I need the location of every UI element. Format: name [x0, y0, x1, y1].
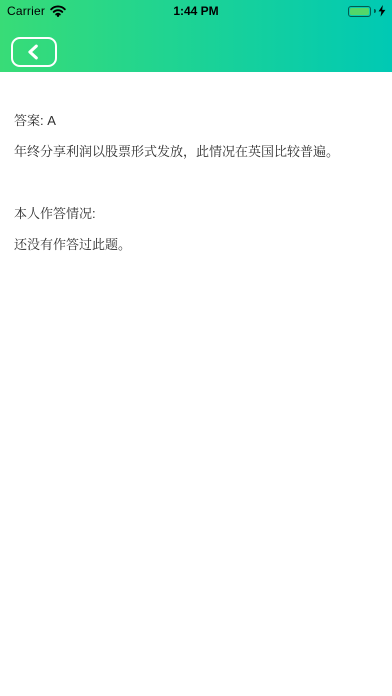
- header-bar: Carrier 1:44 PM: [0, 0, 392, 72]
- my-answer-status: 还没有作答过此题。: [14, 236, 378, 254]
- battery-cap: [374, 9, 376, 13]
- status-right: [348, 0, 386, 22]
- my-answer-label: 本人作答情况:: [14, 205, 378, 223]
- explanation-text: 年终分享利润以股票形式发放，此情况在英国比较普遍。: [14, 143, 378, 161]
- charging-bolt-icon: [378, 5, 386, 17]
- status-bar: Carrier 1:44 PM: [0, 0, 392, 22]
- answer-text: 答案: A: [14, 72, 378, 130]
- back-button[interactable]: [11, 37, 57, 67]
- battery-icon: [348, 6, 371, 17]
- status-time: 1:44 PM: [0, 0, 392, 22]
- battery-fill: [350, 8, 369, 15]
- chevron-left-icon: [24, 42, 44, 62]
- content-area: 答案: A 年终分享利润以股票形式发放，此情况在英国比较普遍。 本人作答情况: …: [0, 72, 392, 696]
